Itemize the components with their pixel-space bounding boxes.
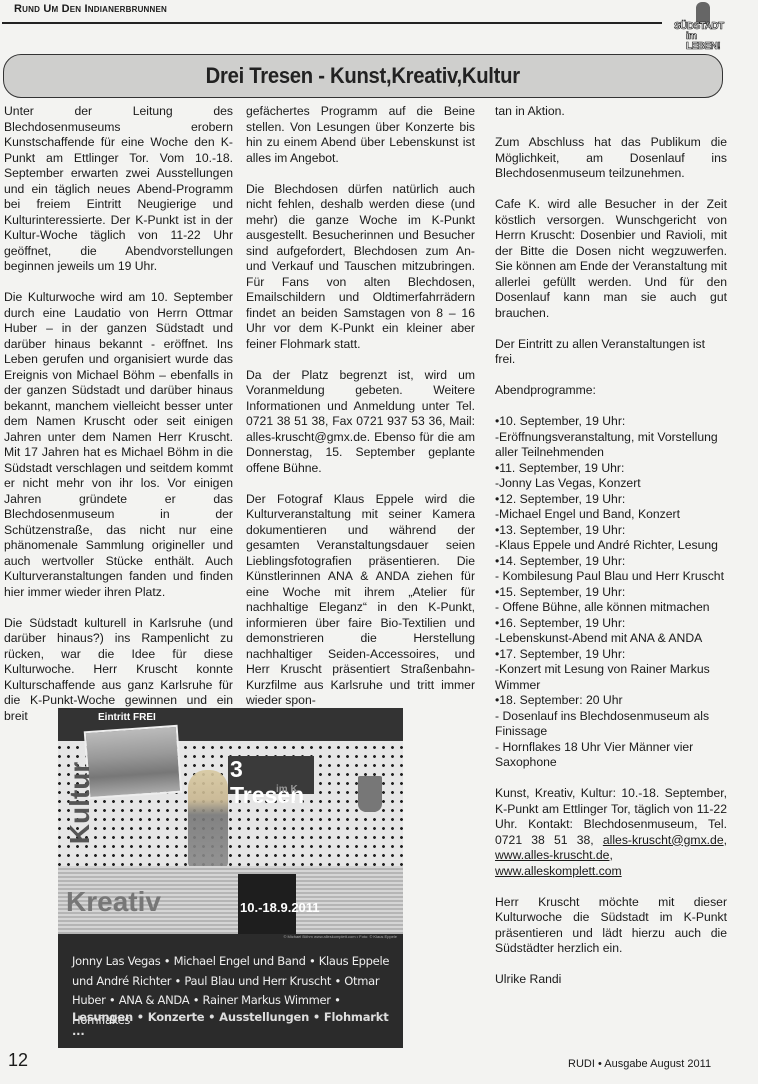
paragraph: Der Eintritt zu allen Veranstaltungen is…	[495, 337, 727, 368]
program-item: •17. September, 19 Uhr:	[495, 647, 727, 663]
poster-im-k: im K	[276, 784, 298, 795]
logo-line2: im LEBEN!	[686, 32, 732, 52]
paragraph: gefächertes Programm auf die Beine stell…	[246, 104, 475, 166]
title-banner: Drei Tresen - Kunst,Kreativ,Kultur	[3, 54, 723, 98]
program-item: -Konzert mit Lesung von Rainer Markus Wi…	[495, 662, 727, 693]
program-item: •10. September, 19 Uhr:	[495, 414, 727, 430]
event-poster: Eintritt FREI Kultur 3 Tresen im K Kreat…	[58, 708, 403, 1048]
author: Ulrike Randi	[495, 972, 727, 988]
email-link[interactable]: alles-kruscht@gmx.de	[603, 833, 724, 847]
website-link-2[interactable]: www.alleskomplett.com	[495, 864, 622, 878]
program-item: •11. September, 19 Uhr:	[495, 461, 727, 477]
section-header: Rund Um Den Indianerbrunnen	[14, 3, 167, 15]
poster-photo	[84, 725, 183, 799]
program-item: -Jonny Las Vegas, Konzert	[495, 476, 727, 492]
paragraph: Zum Abschluss hat das Publikum die Mögli…	[495, 135, 727, 182]
poster-date: 10.-18.9.2011	[240, 900, 320, 915]
paragraph: tan in Aktion.	[495, 104, 727, 120]
logo-line1: SÜDSTADT	[674, 22, 724, 32]
page-number: 12	[8, 1050, 28, 1071]
program-item: - Kombilesung Paul Blau und Herr Kruscht	[495, 569, 727, 585]
program-item: -Michael Engel und Band, Konzert	[495, 507, 727, 523]
paragraph: Unter der Leitung des Blechdosenmuseums …	[4, 104, 233, 275]
program-item: - Offene Bühne, alle können mitmachen	[495, 600, 727, 616]
issue-footer: RUDI • Ausgabe August 2011	[568, 1058, 711, 1070]
program-item: •16. September, 19 Uhr:	[495, 616, 727, 632]
contact-info: Kunst, Kreativ, Kultur: 10.-18. Septembe…	[495, 786, 727, 879]
column-2: gefächertes Programm auf die Beine stell…	[246, 104, 475, 724]
poster-eintritt: Eintritt FREI	[98, 712, 156, 723]
paragraph: Die Kulturwoche wird am 10. September du…	[4, 290, 233, 600]
lamp-icon	[358, 776, 382, 812]
poster-kreativ: Kreativ	[66, 886, 161, 918]
closing-paragraph: Herr Kruscht möchte mit dieser Kulturwoc…	[495, 895, 727, 957]
column-3: tan in Aktion. Zum Abschluss hat das Pub…	[495, 104, 727, 1003]
program-item: -Klaus Eppele und André Richter, Lesung	[495, 538, 727, 554]
article-title: Drei Tresen - Kunst,Kreativ,Kultur	[206, 63, 520, 89]
column-1: Unter der Leitung des Blechdosenmuseums …	[4, 104, 233, 740]
poster-genres: Lesungen • Konzerte • Ausstellungen • Fl…	[72, 1010, 403, 1038]
website-link-1[interactable]: www.alles-kruscht.de	[495, 848, 609, 862]
paragraph: Die Blechdosen dürfen natürlich auch nic…	[246, 182, 475, 353]
header-rule	[2, 22, 662, 24]
program-item: -Eröffnungsveranstaltung, mit Vorstellun…	[495, 430, 727, 461]
poster-tresen: 3 Tresen	[228, 756, 314, 794]
poster-kultur: Kultur	[62, 758, 98, 848]
program-item: - Dosenlauf ins Blechdosenmuseum als Fin…	[495, 709, 727, 740]
program-item: -Lebenskunst-Abend mit ANA & ANDA	[495, 631, 727, 647]
program-heading: Abendprogramme:	[495, 383, 727, 399]
program-item: - Hornflakes 18 Uhr Vier Männer vier Sax…	[495, 740, 727, 771]
paragraph: Der Fotograf Klaus Eppele wird die Kultu…	[246, 492, 475, 709]
program-item: •18. September: 20 Uhr	[495, 693, 727, 709]
program-list: •10. September, 19 Uhr: -Eröffnungsveran…	[495, 414, 727, 771]
doll-figure-icon	[188, 770, 228, 870]
program-item: •14. September, 19 Uhr:	[495, 554, 727, 570]
program-item: •12. September, 19 Uhr:	[495, 492, 727, 508]
paragraph: Cafe K. wird alle Besucher in der Zeit k…	[495, 197, 727, 321]
poster-kultur-text: Kultur	[64, 762, 96, 844]
program-item: •13. September, 19 Uhr:	[495, 523, 727, 539]
paragraph: Da der Platz begrenzt ist, wird um Voran…	[246, 368, 475, 477]
program-item: •15. September, 19 Uhr:	[495, 585, 727, 601]
suedstadt-logo: SÜDSTADT im LEBEN!	[672, 2, 732, 46]
poster-credit: © Michael Böhm www.alleskomplett.com • F…	[283, 934, 397, 939]
